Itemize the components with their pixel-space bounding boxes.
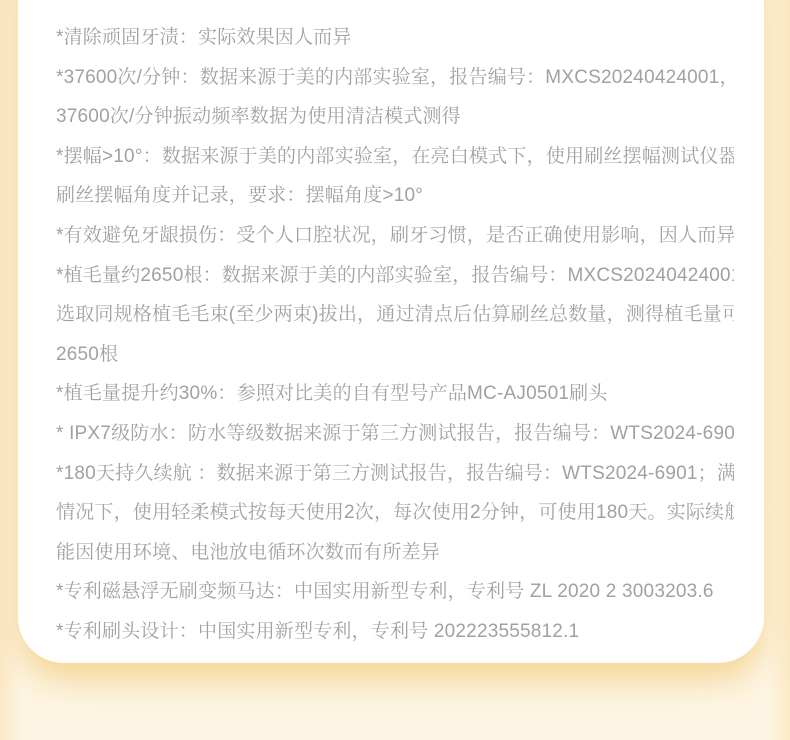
footnote-line: *清除顽固牙渍：实际效果因人而异 bbox=[56, 18, 734, 58]
footnote-line: 选取同规格植毛毛束(至少两束)拔出，通过清点后估算刷丝总数量，测得植毛量可达 bbox=[56, 295, 734, 335]
footnote-line: *37600次/分钟：数据来源于美的内部实验室，报告编号：MXCS2024042… bbox=[56, 58, 734, 98]
footnote-line: *专利磁悬浮无刷变频马达：中国实用新型专利，专利号 ZL 2020 2 3003… bbox=[56, 572, 734, 612]
footnote-line: *180天持久续航 ：数据来源于第三方测试报告，报告编号：WTS2024-690… bbox=[56, 454, 734, 494]
footnote-line: *专利刷头设计：中国实用新型专利，专利号 202223555812.1 bbox=[56, 612, 734, 652]
footnote-line: 情况下，使用轻柔模式按每天使用2次，每次使用2分钟，可使用180天。实际续航可 bbox=[56, 493, 734, 533]
footnote-line: *摆幅>10°：数据来源于美的内部实验室，在亮白模式下，使用刷丝摆幅测试仪器测试 bbox=[56, 137, 734, 177]
footnote-line: *植毛量提升约30%：参照对比美的自有型号产品MC-AJ0501刷头 bbox=[56, 374, 734, 414]
footnote-line: 2650根 bbox=[56, 335, 734, 375]
footnote-line: *植毛量约2650根：数据来源于美的内部实验室，报告编号：MXCS2024042… bbox=[56, 256, 734, 296]
page-background: { "page": { "background_color": "#fdf5e3… bbox=[0, 0, 790, 740]
footnote-line: 能因使用环境、电池放电循环次数而有所差异 bbox=[56, 533, 734, 573]
footnote-line: 刷丝摆幅角度并记录，要求：摆幅角度>10° bbox=[56, 176, 734, 216]
footnote-line: 37600次/分钟振动频率数据为使用清洁模式测得 bbox=[56, 97, 734, 137]
footnotes: *清除顽固牙渍：实际效果因人而异 *37600次/分钟：数据来源于美的内部实验室… bbox=[18, 0, 764, 652]
content-card: *清除顽固牙渍：实际效果因人而异 *37600次/分钟：数据来源于美的内部实验室… bbox=[18, 0, 764, 663]
footnote-line: * IPX7级防水：防水等级数据来源于第三方测试报告，报告编号：WTS2024-… bbox=[56, 414, 734, 454]
footnote-line: *有效避免牙龈损伤：受个人口腔状况，刷牙习惯，是否正确使用影响，因人而异 bbox=[56, 216, 734, 256]
